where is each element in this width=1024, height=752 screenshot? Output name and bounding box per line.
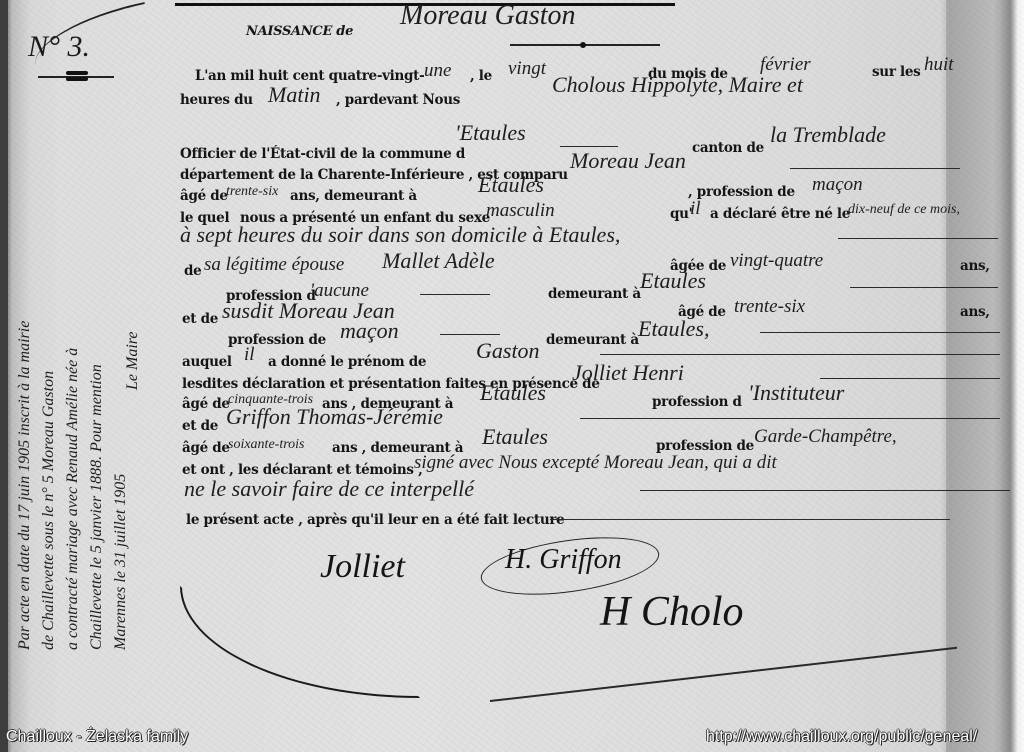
text-profession-de: , profession de: [688, 184, 795, 200]
fill-line: [640, 490, 1010, 491]
hand-witness1-profession: 'Instituteur: [748, 380, 844, 406]
hand-canton: la Tremblade: [770, 122, 886, 148]
text-profession-de-2: profession de: [228, 332, 326, 348]
text-sur-les: sur les: [872, 64, 920, 80]
text-profession-d-2: profession d: [652, 394, 742, 410]
fill-line: [560, 146, 618, 147]
watermark-family: Chailloux - Żelaska family: [6, 728, 188, 746]
fill-line: [600, 354, 1000, 355]
fill-line: [850, 287, 998, 288]
hand-mother-residence: Etaules: [640, 268, 706, 294]
text-demeurant-a-2: demeurant à: [546, 332, 639, 348]
fill-line: [550, 519, 950, 520]
hand-year: une: [424, 60, 451, 82]
fill-line: [580, 418, 1000, 419]
hand-hour: huit: [924, 54, 954, 76]
hand-witness2-profession: Garde-Champêtre,: [754, 426, 897, 448]
hand-birth-date: dix-neuf de ce mois,: [848, 202, 960, 218]
text-age-de: âgé de: [180, 188, 228, 204]
fill-line: [420, 294, 490, 295]
signature-witness1: Jolliet: [320, 548, 405, 586]
hand-witness2-age: soixante-trois: [228, 437, 304, 453]
hand-given-name: Gaston: [476, 338, 540, 364]
naissance-label: NAISSANCE de: [246, 24, 353, 39]
text-et-de-2: et de: [182, 418, 218, 434]
hand-mother-name: Mallet Adèle: [382, 248, 495, 274]
hand-interpelle: ne le savoir faire de ce interpellé: [184, 476, 474, 502]
text-pardevant: , pardevant Nous: [336, 92, 460, 108]
margin-note-line-2: de Chaillevette sous le n° 5 Moreau Gast…: [40, 371, 58, 650]
page-right-margin-shadow: [946, 0, 1024, 752]
fill-line: [820, 378, 1000, 379]
text-auquel: auquel: [182, 354, 232, 370]
text-age-de-3: âgé de: [182, 396, 230, 412]
text-et-de: et de: [182, 311, 218, 327]
record-number: N° 3.: [28, 30, 90, 64]
margin-note-line-6: Le Maire: [124, 331, 142, 390]
signature-officer: H Cholo: [600, 588, 744, 636]
text-heures-du: heures du: [180, 92, 253, 108]
hand-father-profession-2: maçon: [340, 318, 399, 344]
page-binding-edge: [0, 0, 8, 752]
hand-sex: masculin: [486, 200, 555, 222]
hand-birth-place: à sept heures du soir dans son domicile …: [180, 222, 620, 248]
hand-witness1-name: Jolliet Henri: [572, 360, 684, 386]
margin-note-line-4: Chaillevette le 5 janvier 1888. Pour men…: [88, 364, 106, 650]
hand-signature-statement: signé avec Nous excepté Moreau Jean, qui…: [414, 452, 777, 474]
fill-line: [440, 334, 500, 335]
text-demeurant: ans, demeurant à: [290, 188, 417, 204]
text-demeurant-a: demeurant à: [548, 286, 641, 302]
watermark-url[interactable]: http://www.chailloux.org/public/geneal/: [706, 728, 977, 746]
certificate-scan: N° 3. NAISSANCE de Moreau Gaston L'an mi…: [0, 0, 1024, 752]
hand-il-2: il: [244, 344, 255, 366]
hand-father-residence: Etaules: [478, 172, 544, 198]
text-le: , le: [470, 68, 492, 84]
text-age-de-4: âgé de: [182, 440, 230, 456]
signature-flourish-line: [490, 647, 957, 702]
hand-witness2-residence: Etaules: [482, 424, 548, 450]
hand-legitime-epouse: sa légitime épouse: [204, 254, 344, 276]
hand-mother-age: vingt-quatre: [730, 250, 823, 272]
child-full-name: Moreau Gaston: [400, 0, 576, 32]
hand-officer-name: Cholous Hippolyte, Maire et: [552, 72, 803, 98]
signature-flourish-left: [180, 586, 420, 698]
text-ans: ans,: [960, 258, 990, 274]
numero-underline: [38, 76, 114, 78]
margin-note-line-1: Par acte en date du 17 juin 1905 inscrit…: [16, 321, 34, 650]
hand-witness1-residence: Etaules: [480, 380, 546, 406]
text-canton: canton de: [692, 140, 764, 156]
fill-line: [790, 168, 960, 169]
hand-il: il: [690, 198, 701, 220]
numero-bars: [66, 71, 88, 75]
hand-father-name: Moreau Jean: [570, 148, 686, 174]
hand-father-age: trente-six: [226, 184, 278, 200]
signature-witness2: H. Griffon: [505, 544, 622, 576]
text-declare: a déclaré être né le: [710, 206, 850, 222]
header-ornament-rule: [510, 44, 660, 46]
fill-line: [760, 332, 1000, 333]
text-de: de: [184, 263, 201, 279]
hand-day: vingt: [508, 58, 546, 80]
fill-line: [838, 238, 998, 239]
hand-time-of-day: Matin: [268, 82, 321, 108]
text-present-acte: le présent acte , après qu'il leur en a …: [186, 512, 564, 528]
text-donne-prenom: a donné le prénom de: [268, 354, 426, 370]
hand-witness2-name: Griffon Thomas-Jérémie: [226, 404, 443, 430]
hand-father-profession: maçon: [812, 174, 863, 196]
text-officier: Officier de l'État-civil de la commune d: [180, 146, 465, 162]
hand-father-age-2: trente-six: [734, 296, 805, 318]
text-ans-2: ans,: [960, 304, 990, 320]
hand-commune: 'Etaules: [455, 120, 526, 146]
margin-note-line-5: Marennes le 31 juillet 1905: [112, 474, 130, 650]
hand-father-residence-2: Etaules,: [638, 316, 710, 342]
margin-note-line-3: a contracté mariage avec Renaud Amélie n…: [64, 348, 82, 650]
